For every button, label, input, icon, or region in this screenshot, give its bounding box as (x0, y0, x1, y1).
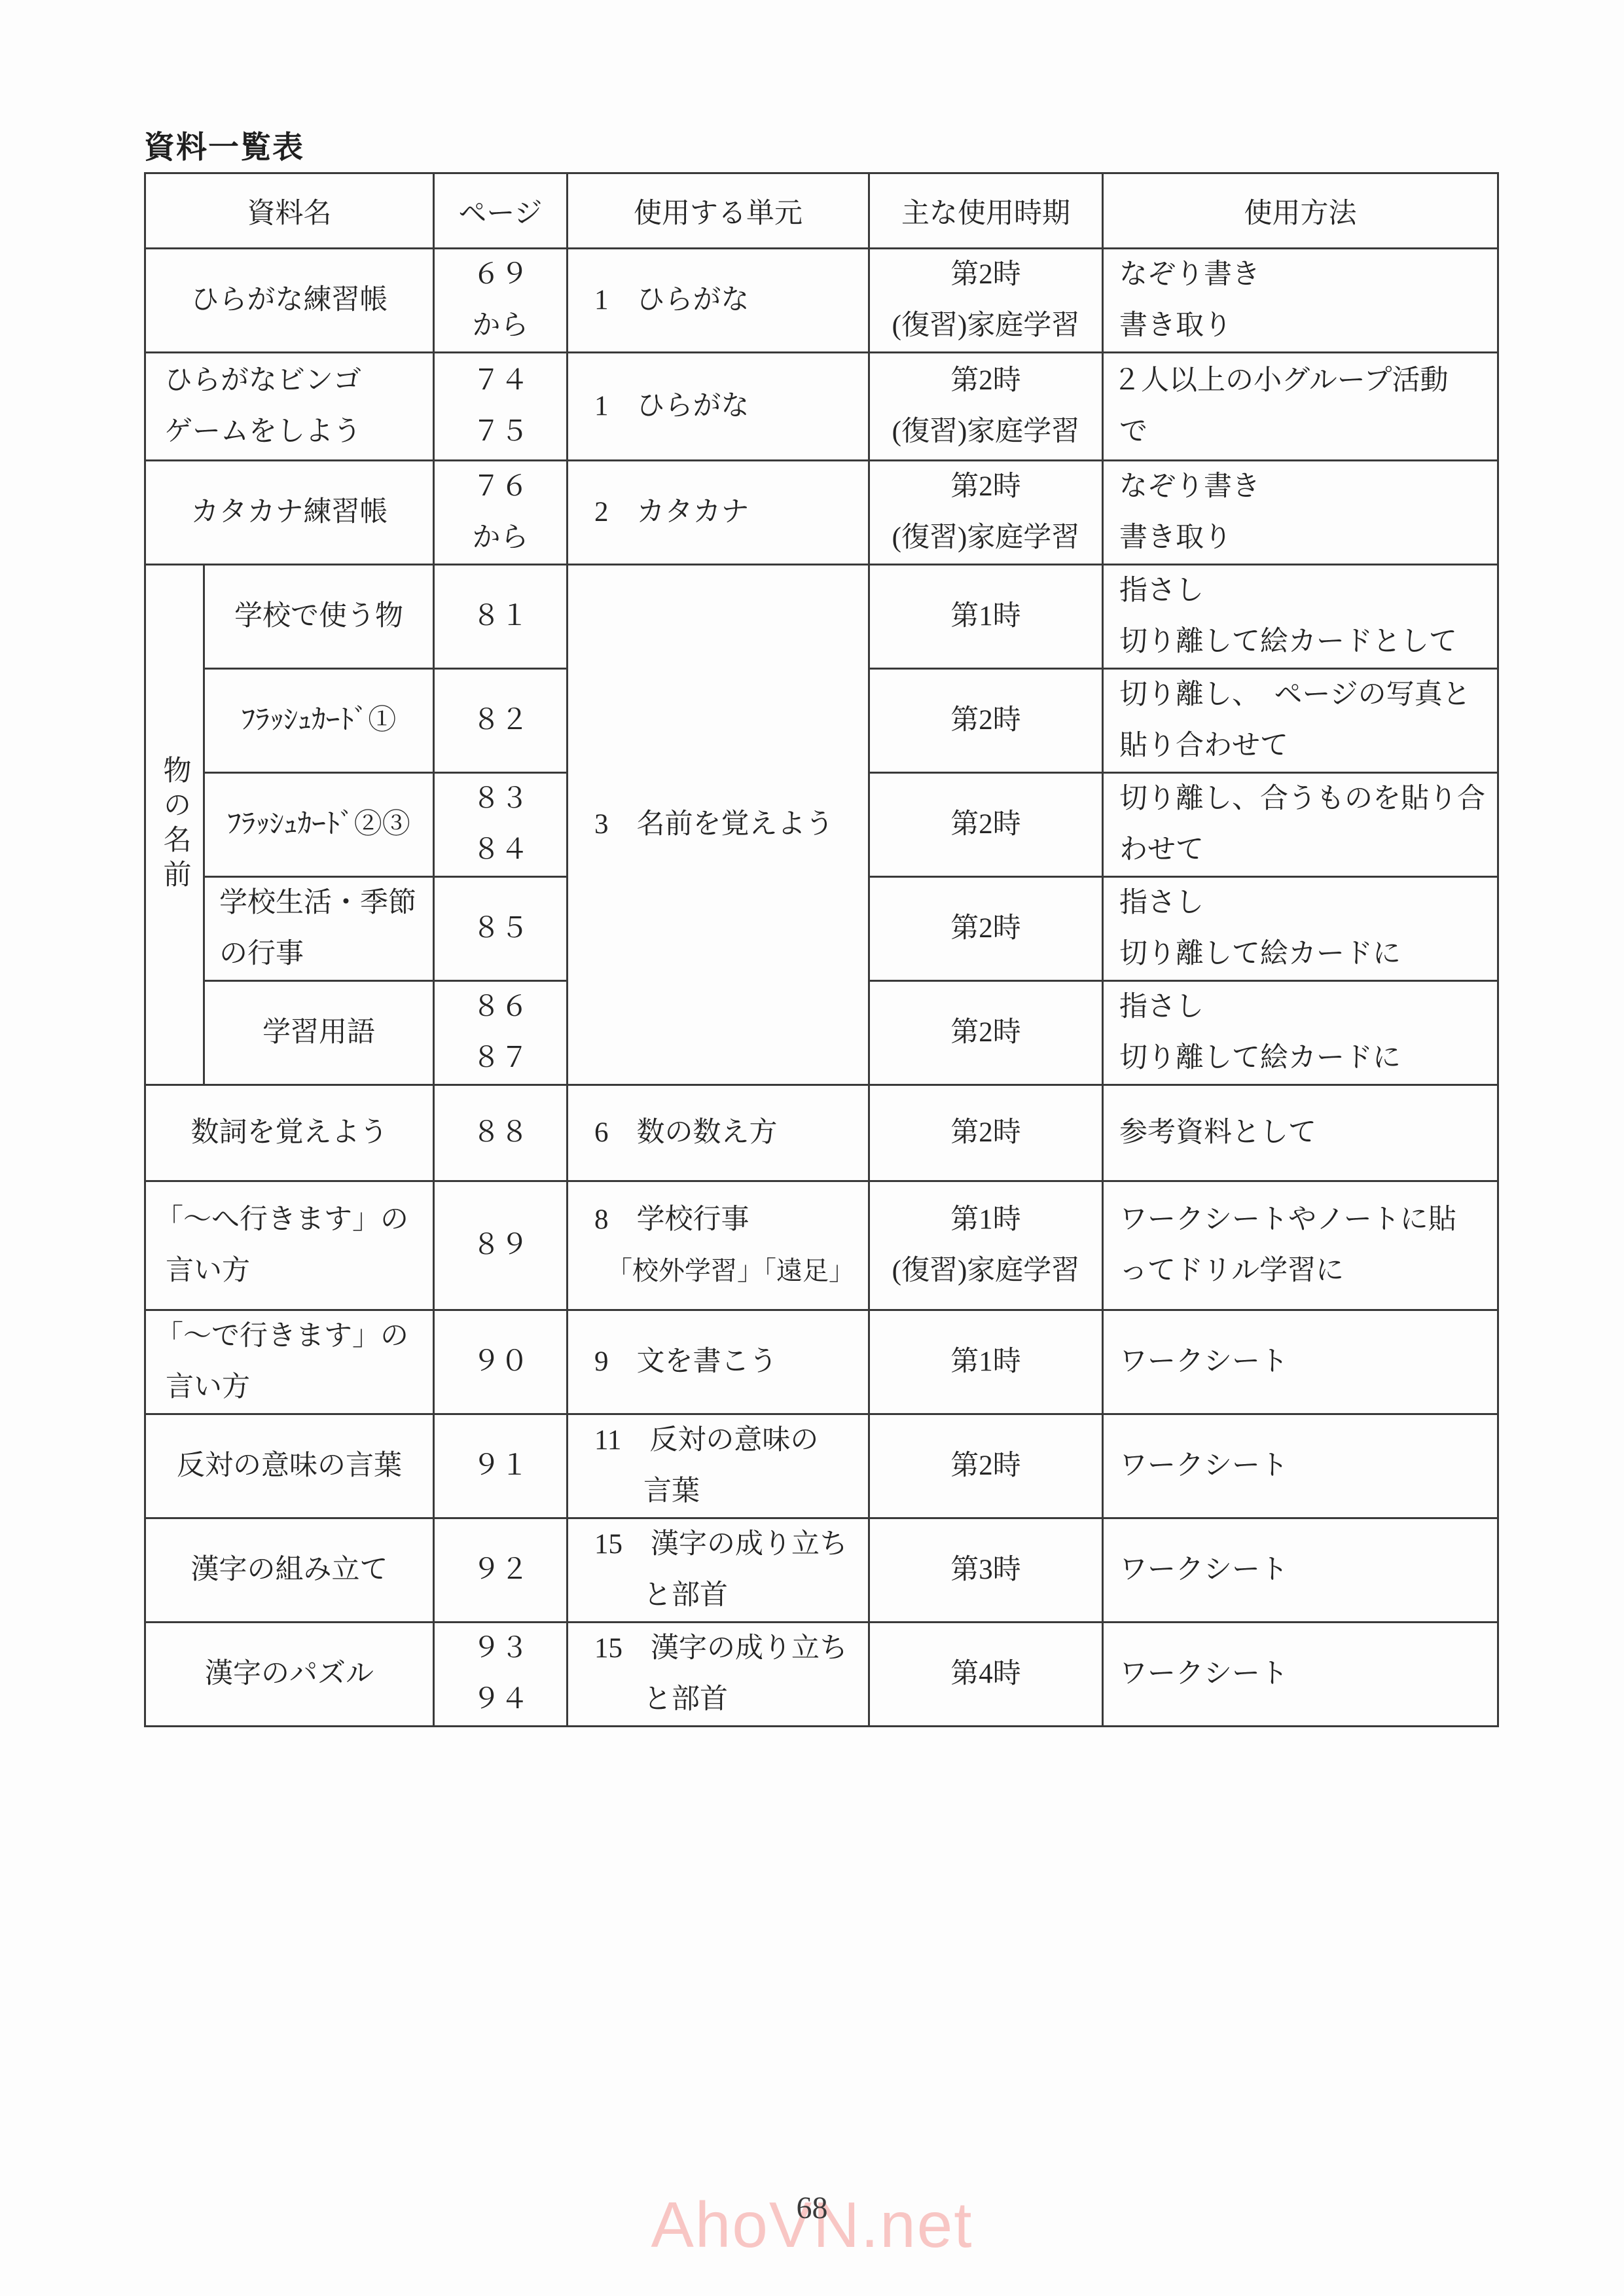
unit-cell: 11 反対の意味の言葉 (568, 1414, 869, 1518)
method-cell: 指さし切り離して絵カードとして (1103, 565, 1498, 669)
text-line: (復習)家庭学習 (870, 512, 1102, 564)
text-line: 第2時 (870, 695, 1102, 746)
method-cell: 参考資料として (1103, 1085, 1498, 1181)
time-cell: 第4時 (869, 1623, 1103, 1727)
text-line: ワークシートやノートに貼 (1104, 1194, 1497, 1246)
text-line: 言葉 (568, 1466, 868, 1517)
page-cell: ８８ (434, 1085, 568, 1181)
time-cell: 第2時 (869, 773, 1103, 877)
text-line: ひらがな練習帳 (146, 275, 433, 326)
text-line: ワークシート (1104, 1545, 1497, 1596)
text-line: ９２ (435, 1545, 566, 1596)
time-cell: 第2時 (869, 669, 1103, 773)
text-line: ワークシート (1104, 1441, 1497, 1492)
text-line: と部首 (568, 1570, 868, 1621)
unit-cell: 1 ひらがな (568, 249, 869, 353)
unit-cell: 15 漢字の成り立ちと部首 (568, 1518, 869, 1623)
page-cell: ８３８４ (434, 773, 568, 877)
resource-table: 資料名 ページ 使用する単元 主な使用時期 使用方法 ひらがな練習帳 ６９から … (144, 172, 1499, 1727)
name-cell: 学校生活・季節の行事 (204, 877, 434, 981)
text-line: 8 学校行事 (568, 1194, 868, 1246)
table-row: 反対の意味の言葉 ９１ 11 反対の意味の言葉 第2時 ワークシート (145, 1414, 1498, 1518)
text-line: 第2時 (870, 1107, 1102, 1158)
unit-cell-merged: 3 名前を覚えよう (568, 565, 869, 1085)
group-label-cell: 物の名前 (145, 565, 204, 1085)
time-cell: 第3時 (869, 1518, 1103, 1623)
table-row: 漢字のパズル ９３９４ 15 漢字の成り立ちと部首 第4時 ワークシート (145, 1623, 1498, 1727)
name-cell: ﾌﾗｯｼｭｶｰﾄﾞ① (204, 669, 434, 773)
name-cell: 学校で使う物 (204, 565, 434, 669)
text-line: 反対の意味の言葉 (146, 1441, 433, 1492)
page-cell: ６９から (434, 249, 568, 353)
text-line: ９３ (435, 1623, 566, 1674)
name-cell: ひらがな練習帳 (145, 249, 434, 353)
text-line: 書き取り (1104, 512, 1497, 564)
text-line: 学校で使う物 (205, 591, 433, 642)
text-line: 第2時 (870, 903, 1102, 954)
text-line: 漢字の組み立て (146, 1545, 433, 1596)
page-cell: ９１ (434, 1414, 568, 1518)
text-line: 貼り合わせて (1104, 721, 1497, 772)
time-cell: 第1時 (869, 565, 1103, 669)
page-number: 68 (797, 2191, 828, 2225)
text-line: 第4時 (870, 1649, 1102, 1700)
text-line: ７４ (435, 355, 566, 406)
page-cell: ７６から (434, 461, 568, 565)
text-line: 数詞を覚えよう (146, 1107, 433, 1158)
text-line: ゲームをしよう (146, 406, 433, 457)
unit-cell: 1 ひらがな (568, 353, 869, 461)
table-row: 数詞を覚えよう ８８ 6 数の数え方 第2時 参考資料として (145, 1085, 1498, 1181)
method-cell: なぞり書き書き取り (1103, 249, 1498, 353)
text-line: ６９ (435, 249, 566, 300)
column-header-name: 資料名 (145, 173, 434, 249)
text-line: 3 名前を覚えよう (568, 799, 868, 850)
text-line: 第2時 (870, 249, 1102, 300)
text-line: 1 ひらがな (568, 381, 868, 432)
name-cell: 学習用語 (204, 981, 434, 1085)
table-row: 「～で行きます」の言い方 ９０ 9 文を書こう 第1時 ワークシート (145, 1310, 1498, 1414)
page-cell: ８２ (434, 669, 568, 773)
page-cell: ９２ (434, 1518, 568, 1623)
table-row: ひらがな練習帳 ６９から 1 ひらがな 第2時(復習)家庭学習 なぞり書き書き取… (145, 249, 1498, 353)
method-cell: ワークシート (1103, 1623, 1498, 1727)
name-cell: 数詞を覚えよう (145, 1085, 434, 1181)
method-cell: ワークシート (1103, 1518, 1498, 1623)
unit-cell: 2 カタカナ (568, 461, 869, 565)
page-cell: ８９ (434, 1181, 568, 1310)
text-line: 切り離し、 ページの写真と (1104, 670, 1497, 721)
text-line: 第1時 (870, 1194, 1102, 1246)
text-line: 2 カタカナ (568, 487, 868, 538)
text-line: から (435, 300, 566, 351)
text-line: 6 数の数え方 (568, 1107, 868, 1158)
text-line: 第2時 (870, 355, 1102, 406)
text-line: 15 漢字の成り立ち (568, 1519, 868, 1570)
text-line: 指さし (1104, 982, 1497, 1033)
time-cell: 第1時(復習)家庭学習 (869, 1181, 1103, 1310)
text-line: 「～で行きます」の (146, 1311, 433, 1362)
column-header-page: ページ (434, 173, 568, 249)
method-cell: なぞり書き書き取り (1103, 461, 1498, 565)
text-line: 学習用語 (205, 1007, 433, 1058)
text-line: ８９ (435, 1220, 566, 1271)
text-line: 切り離して絵カードに (1104, 1033, 1497, 1084)
text-line: ９０ (435, 1336, 566, 1388)
table-row: 漢字の組み立て ９２ 15 漢字の成り立ちと部首 第3時 ワークシート (145, 1518, 1498, 1623)
text-line: ８８ (435, 1107, 566, 1158)
text-line: 第1時 (870, 1336, 1102, 1388)
time-cell: 第2時 (869, 1085, 1103, 1181)
text-line: の行事 (205, 929, 433, 980)
text-line: ９４ (435, 1674, 566, 1725)
text-line: ７５ (435, 406, 566, 457)
text-line: 第2時 (870, 1007, 1102, 1058)
table-row: 「～へ行きます」の言い方 ８９ 8 学校行事「校外学習」「遠足」 第1時(復習)… (145, 1181, 1498, 1310)
text-line: 第2時 (870, 461, 1102, 512)
table-row: ひらがなビンゴゲームをしよう ７４７５ 1 ひらがな 第2時(復習)家庭学習 ２… (145, 353, 1498, 461)
unit-cell: 6 数の数え方 (568, 1085, 869, 1181)
text-line: 1 ひらがな (568, 275, 868, 326)
name-cell: 「～で行きます」の言い方 (145, 1310, 434, 1414)
text-line: 指さし (1104, 878, 1497, 929)
text-line: ってドリル学習に (1104, 1246, 1497, 1297)
method-cell: 切り離し、合うものを貼り合わせて (1103, 773, 1498, 877)
text-line: ８１ (435, 591, 566, 642)
time-cell: 第2時 (869, 877, 1103, 981)
text-line: 切り離して絵カードに (1104, 929, 1497, 980)
page-cell: ９０ (434, 1310, 568, 1414)
text-line: 書き取り (1104, 300, 1497, 351)
text-line: と部首 (568, 1674, 868, 1725)
time-cell: 第2時(復習)家庭学習 (869, 461, 1103, 565)
text-line: 第2時 (870, 799, 1102, 850)
method-cell: ２人以上の小グループ活動で (1103, 353, 1498, 461)
text-line: なぞり書き (1104, 249, 1497, 300)
table-row: 物の名前 学校で使う物 ８１ 3 名前を覚えよう 第1時 指さし切り離して絵カー… (145, 565, 1498, 669)
text-line: 切り離し、合うものを貼り合 (1104, 774, 1497, 825)
method-cell: ワークシート (1103, 1414, 1498, 1518)
page-title: 資料一覧表 (144, 123, 304, 167)
column-header-unit: 使用する単元 (568, 173, 869, 249)
page-cell: ８５ (434, 877, 568, 981)
text-line: 参考資料として (1104, 1107, 1497, 1158)
page-cell: ７４７５ (434, 353, 568, 461)
text-line: から (435, 512, 566, 564)
page-cell: ８１ (434, 565, 568, 669)
text-line: カタカナ練習帳 (146, 487, 433, 538)
text-line: 「校外学習」「遠足」 (568, 1246, 868, 1297)
table-row: カタカナ練習帳 ７６から 2 カタカナ 第2時(復習)家庭学習 なぞり書き書き取… (145, 461, 1498, 565)
text-line: ワークシート (1104, 1649, 1497, 1700)
text-line: ﾌﾗｯｼｭｶｰﾄﾞ① (205, 695, 433, 746)
name-cell: 「～へ行きます」の言い方 (145, 1181, 434, 1310)
text-line: ８２ (435, 695, 566, 746)
text-line: わせて (1104, 825, 1497, 876)
text-line: ９１ (435, 1441, 566, 1492)
text-line: ８７ (435, 1033, 566, 1084)
unit-cell: 9 文を書こう (568, 1310, 869, 1414)
method-cell: 指さし切り離して絵カードに (1103, 981, 1498, 1085)
text-line: 第2時 (870, 1441, 1102, 1492)
text-line: 15 漢字の成り立ち (568, 1623, 868, 1674)
text-line: (復習)家庭学習 (870, 406, 1102, 457)
text-line: ７６ (435, 461, 566, 512)
time-cell: 第2時 (869, 1414, 1103, 1518)
text-line: 学校生活・季節 (205, 878, 433, 929)
text-line: 言い方 (146, 1362, 433, 1413)
text-line: 第1時 (870, 591, 1102, 642)
text-line: ひらがなビンゴ (146, 355, 433, 406)
unit-cell: 8 学校行事「校外学習」「遠足」 (568, 1181, 869, 1310)
text-line: 切り離して絵カードとして (1104, 617, 1497, 668)
group-label-vertical: 物の名前 (147, 755, 202, 894)
time-cell: 第1時 (869, 1310, 1103, 1414)
text-line: 9 文を書こう (568, 1336, 868, 1388)
time-cell: 第2時(復習)家庭学習 (869, 249, 1103, 353)
text-line: 第3時 (870, 1545, 1102, 1596)
text-line: ２人以上の小グループ活動 (1104, 355, 1497, 406)
document-page: 資料一覧表 資料名 ページ 使用する単元 主な使用時期 使用方法 ひらがな練習帳… (0, 0, 1624, 2296)
text-line: ８３ (435, 774, 566, 825)
page-cell: ８６８７ (434, 981, 568, 1085)
name-cell: カタカナ練習帳 (145, 461, 434, 565)
time-cell: 第2時 (869, 981, 1103, 1085)
text-line: 「～へ行きます」の (146, 1194, 433, 1246)
name-cell: 漢字の組み立て (145, 1518, 434, 1623)
method-cell: 指さし切り離して絵カードに (1103, 877, 1498, 981)
name-cell: 反対の意味の言葉 (145, 1414, 434, 1518)
text-line: ８４ (435, 825, 566, 876)
text-line: 言い方 (146, 1246, 433, 1297)
text-line: なぞり書き (1104, 461, 1497, 512)
method-cell: 切り離し、 ページの写真と貼り合わせて (1103, 669, 1498, 773)
text-line: 指さし (1104, 565, 1497, 617)
text-line: で (1104, 406, 1497, 457)
name-cell: ﾌﾗｯｼｭｶｰﾄﾞ②③ (204, 773, 434, 877)
time-cell: 第2時(復習)家庭学習 (869, 353, 1103, 461)
text-line: 漢字のパズル (146, 1649, 433, 1700)
text-line: ８５ (435, 903, 566, 954)
method-cell: ワークシートやノートに貼ってドリル学習に (1103, 1181, 1498, 1310)
column-header-method: 使用方法 (1103, 173, 1498, 249)
name-cell: ひらがなビンゴゲームをしよう (145, 353, 434, 461)
text-line: (復習)家庭学習 (870, 1246, 1102, 1297)
unit-cell: 15 漢字の成り立ちと部首 (568, 1623, 869, 1727)
table-header-row: 資料名 ページ 使用する単元 主な使用時期 使用方法 (145, 173, 1498, 249)
text-line: ８６ (435, 982, 566, 1033)
text-line: ﾌﾗｯｼｭｶｰﾄﾞ②③ (205, 799, 433, 850)
text-line: (復習)家庭学習 (870, 300, 1102, 351)
text-line: 11 反対の意味の (568, 1415, 868, 1466)
text-line: ワークシート (1104, 1336, 1497, 1388)
page-cell: ９３９４ (434, 1623, 568, 1727)
method-cell: ワークシート (1103, 1310, 1498, 1414)
column-header-time: 主な使用時期 (869, 173, 1103, 249)
name-cell: 漢字のパズル (145, 1623, 434, 1727)
